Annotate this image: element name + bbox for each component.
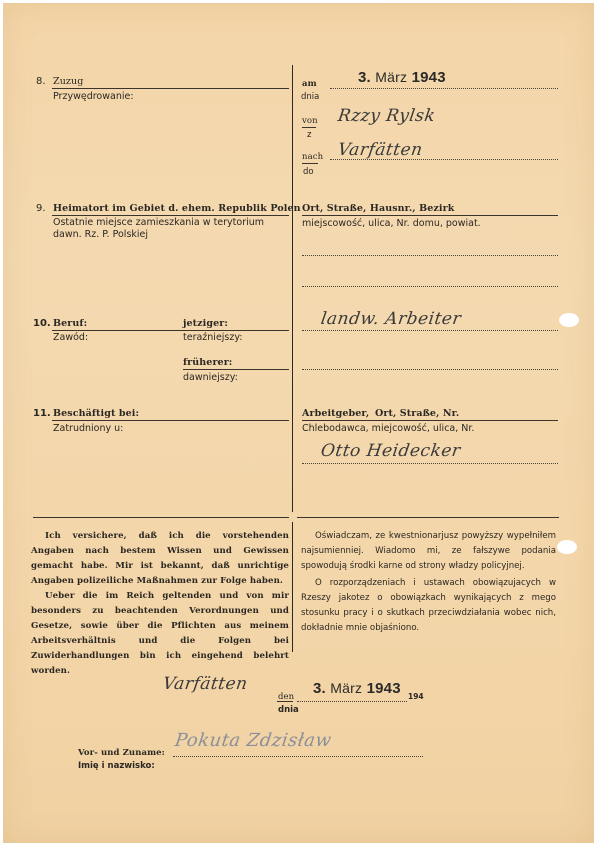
former-rule: [183, 369, 289, 370]
section-9-right-de: Ort, Straße, Hausnr., Bezirk: [302, 203, 454, 215]
name-field[interactable]: [173, 756, 423, 757]
former-label-pl: dawniejszy:: [183, 372, 238, 384]
declaration-de-paragraph-1: Ich versichere, daß ich die vorstehenden…: [31, 529, 289, 589]
do-label: do: [303, 166, 314, 178]
name-label-de: Vor- und Zuname:: [78, 747, 165, 759]
nach-label: nach: [302, 151, 323, 163]
name-value[interactable]: Pokuta Zdzisław: [174, 730, 333, 751]
signature-date-field[interactable]: [297, 701, 407, 702]
employer-label-de: Arbeitgeber,: [302, 408, 369, 420]
section-10-rule: [52, 330, 289, 331]
section-10-number: 10.: [33, 318, 51, 330]
von-rule: [302, 127, 316, 128]
section-8-label-pl: Przywędrowanie:: [53, 91, 134, 103]
section-11-number: 11.: [33, 408, 51, 420]
section-9-label-pl-2: dawn. Rz. P. Polskiej: [53, 229, 148, 241]
section-9-rule: [52, 215, 289, 216]
declaration-de-paragraph-2: Ueber die im Reich geltenden und von mir…: [31, 589, 289, 679]
declaration-top-rule-left: [33, 517, 289, 518]
current-occupation-value[interactable]: landw. Arbeiter: [320, 309, 463, 329]
signature-date-stamp: 3. März 1943: [313, 680, 401, 697]
section-11-label-de: Beschäftigt bei:: [53, 408, 139, 420]
punch-hole-top: [559, 313, 579, 327]
arrival-date-stamp: 3. März 1943: [358, 69, 446, 86]
current-occupation-field[interactable]: [302, 330, 558, 331]
employer-address-label-de: Ort, Straße, Nr.: [375, 408, 459, 420]
declaration-polish: Oświadczam, ze kwestnionarjusz powyższy …: [301, 529, 556, 636]
section-11-right-rule: [302, 420, 558, 421]
from-place-value[interactable]: Rzzy Rylsk: [337, 106, 437, 126]
dnia-label-2: dnia: [278, 704, 299, 716]
declaration-german: Ich versichere, daß ich die vorstehenden…: [31, 529, 289, 679]
current-label-pl: teraźniejszy:: [183, 332, 243, 344]
z-label: z: [307, 129, 311, 141]
declaration-pl-paragraph-1: Oświadczam, ze kwestnionarjusz powyższy …: [301, 529, 556, 574]
am-date-field[interactable]: [330, 88, 558, 89]
center-divider-lower: [292, 522, 293, 652]
section-10-label-pl: Zawód:: [53, 332, 88, 344]
to-place-value[interactable]: Varfätten: [337, 140, 424, 160]
former-occupation-field[interactable]: [302, 369, 558, 370]
employer-field[interactable]: [302, 463, 558, 464]
year-prefix: 194: [408, 691, 424, 703]
section-11-rule: [52, 420, 289, 421]
section-8-number: 8.: [36, 76, 46, 88]
signature-place-value[interactable]: Varfätten: [162, 674, 249, 694]
declaration-pl-paragraph-2: O rozporządzeniach i ustawach obowiązuja…: [301, 576, 556, 636]
declaration-top-rule-right: [297, 517, 559, 518]
center-divider: [292, 65, 293, 512]
section-9-right-rule: [302, 215, 558, 216]
address-field-2[interactable]: [302, 286, 558, 287]
section-11-label-pl: Zatrudniony u:: [53, 423, 123, 435]
dnia-label: dnia: [301, 91, 319, 103]
former-label-de: früherer:: [183, 357, 232, 369]
section-8-label-de: Zuzug: [53, 76, 83, 88]
section-9-label-pl-1: Ostatnie miejsce zamieszkania w terytori…: [53, 217, 264, 229]
name-label-pl: Imię i nazwisko:: [78, 760, 155, 772]
employer-value[interactable]: Otto Heidecker: [320, 441, 462, 461]
section-9-right-pl: miejscowość, ulica, Nr. domu, powiat.: [302, 218, 481, 230]
section-9-number: 9.: [36, 203, 46, 215]
nach-rule: [302, 163, 318, 164]
am-label: am: [302, 78, 317, 90]
section-9-label-de: Heimatort im Gebiet d. ehem. Republik Po…: [53, 203, 301, 215]
address-field-1[interactable]: [302, 255, 558, 256]
section-10-label-de: Beruf:: [53, 318, 87, 330]
punch-hole-bottom: [557, 540, 577, 554]
den-rule: [277, 701, 293, 702]
von-label: von: [302, 115, 318, 127]
current-label-de: jetziger:: [183, 318, 228, 330]
document-page: 8. Zuzug Przywędrowanie: am dnia 3. März…: [3, 3, 594, 843]
employer-label-pl: Chlebodawca, miejcowość, ulica, Nr.: [302, 423, 474, 435]
section-8-rule: [52, 88, 289, 89]
